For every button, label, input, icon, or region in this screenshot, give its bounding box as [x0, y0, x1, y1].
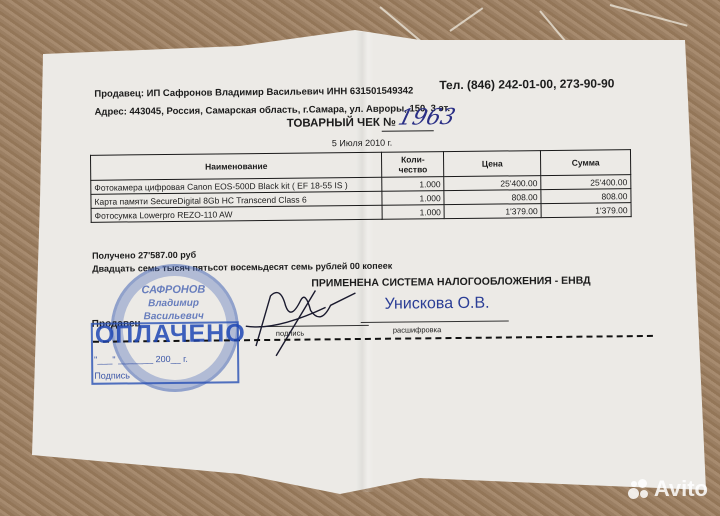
seal-surname: САФРОНОВ	[128, 283, 218, 296]
avito-wordmark: Avito	[654, 476, 708, 502]
paid-stamp-date: "___" _______ 200__ г.	[94, 354, 188, 365]
header-qty: Коли- чество	[382, 152, 444, 178]
paid-stamp-text: ОПЛАЧЕНО	[95, 319, 246, 350]
item-qty: 1.000	[382, 191, 444, 206]
item-name: Фотосумка Lowerpro REZO-110 AW	[91, 205, 382, 222]
item-price: 25'400.00	[444, 176, 541, 191]
header-price: Цена	[444, 151, 541, 177]
avito-logo-icon	[628, 479, 650, 499]
seller-address: Адрес: 443045, Россия, Самарская область…	[94, 103, 450, 118]
avito-watermark: Avito	[628, 476, 708, 502]
item-sum: 25'400.00	[541, 175, 631, 190]
receipt-date: 5 Июля 2010 г.	[332, 138, 392, 149]
header-name: Наименование	[90, 152, 382, 180]
received-total: Получено 27'587.00 руб	[92, 250, 196, 261]
seal-firstname: Владимир	[128, 297, 218, 309]
decipher-value: Унискова О.В.	[384, 295, 489, 314]
paid-stamp-sign: Подпись	[94, 370, 130, 380]
item-sum: 808.00	[541, 189, 631, 204]
item-qty: 1.000	[382, 205, 444, 220]
header-sum: Сумма	[541, 150, 631, 176]
decipher-line	[361, 320, 509, 323]
receipt-title: ТОВАРНЫЙ ЧЕК №	[287, 117, 396, 130]
items-table: Наименование Коли- чество Цена Сумма Фот…	[90, 149, 632, 223]
handwritten-signature	[235, 285, 366, 361]
amount-in-words: Двадцать семь тысяч пятьсот восемьдесят …	[92, 261, 392, 274]
sales-receipt: Продавец: ИП Сафронов Владимир Васильеви…	[0, 0, 720, 516]
seller-info: Продавец: ИП Сафронов Владимир Васильеви…	[94, 85, 413, 99]
item-price: 1'379.00	[444, 204, 541, 219]
seller-phone: Тел. (846) 242-01-00, 273-90-90	[439, 76, 614, 92]
item-sum: 1'379.00	[541, 203, 631, 218]
item-price: 808.00	[444, 190, 541, 205]
decipher-label: расшифровка	[393, 325, 442, 335]
receipt-number: 1963	[395, 105, 457, 131]
item-qty: 1.000	[382, 177, 444, 192]
